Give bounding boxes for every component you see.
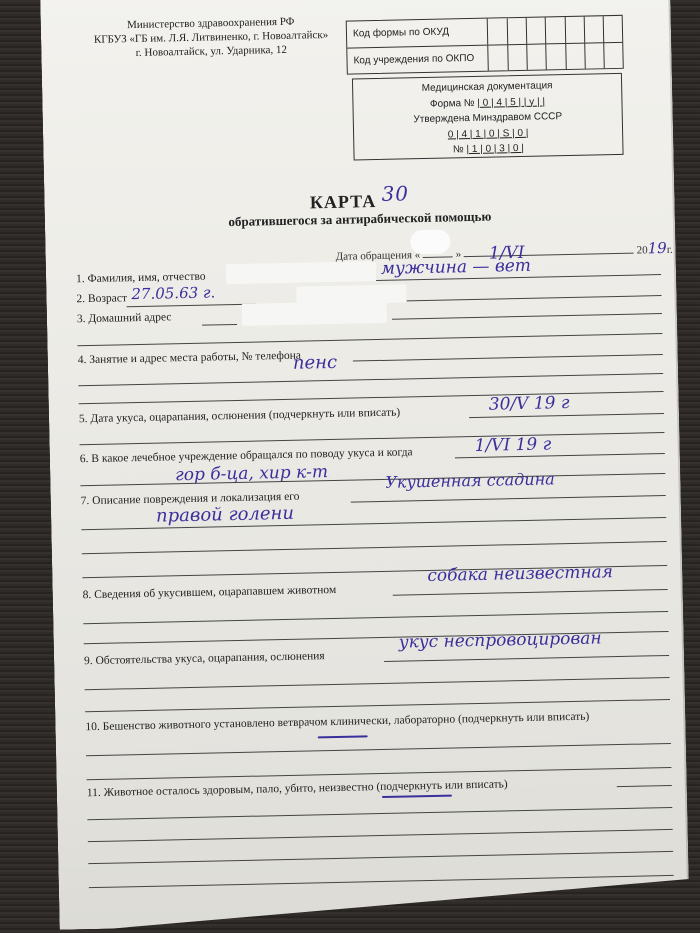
underline-unknown (382, 795, 452, 798)
field-1-handwritten: мужчина — вет (381, 256, 531, 279)
field-7-handwritten-line2: правой голени (156, 503, 294, 527)
field-6-handwritten: 1/VI 19 г (474, 434, 551, 456)
institution-header: Министерство здравоохранения РФ КГБУЗ «Г… (76, 14, 347, 62)
field-5-handwritten: 30/V 19 г (489, 393, 570, 415)
card-number-handwritten: 30 (381, 181, 409, 206)
medical-documentation-box: Медицинская документация Форма № | 0 | 4… (352, 73, 624, 161)
okpo-label: Код учреждения по ОКПО (347, 45, 488, 73)
rule (89, 875, 674, 888)
rule (88, 851, 673, 864)
codes-box: Код формы по ОКУД Код учреждения по ОКПО (346, 15, 624, 75)
field-9-handwritten: укус неспровоцирован (399, 628, 602, 652)
rule (85, 677, 670, 690)
field-2-handwritten: 27.05.63 г. (131, 283, 215, 303)
rule (78, 373, 663, 386)
page-edge-shadow (668, 0, 692, 917)
field-8-handwritten: собака неизвестная (427, 562, 613, 586)
field-rabies-established: 10. Бешенство животного установлено ветв… (85, 707, 665, 735)
redacted-name (226, 261, 376, 284)
ink-underline-mark (318, 735, 368, 738)
year-handwritten: 19 (647, 239, 666, 257)
rule (87, 807, 672, 820)
redacted-area (410, 229, 450, 254)
rule (86, 743, 671, 756)
field-4-handwritten: пенс (293, 352, 338, 374)
field-bite-date: 5. Дата укуса, оцарапания, ослюнения (по… (79, 399, 659, 427)
rule (82, 541, 667, 554)
document-page: Министерство здравоохранения РФ КГБУЗ «Г… (40, 0, 690, 930)
rule (88, 829, 673, 842)
rule (83, 611, 668, 624)
code-cells (488, 16, 623, 71)
okud-label: Код формы по ОКУД (347, 19, 488, 48)
field-7-handwritten: Укушенная ссадина (385, 469, 555, 492)
redacted-address (242, 301, 387, 326)
rule (202, 324, 237, 326)
